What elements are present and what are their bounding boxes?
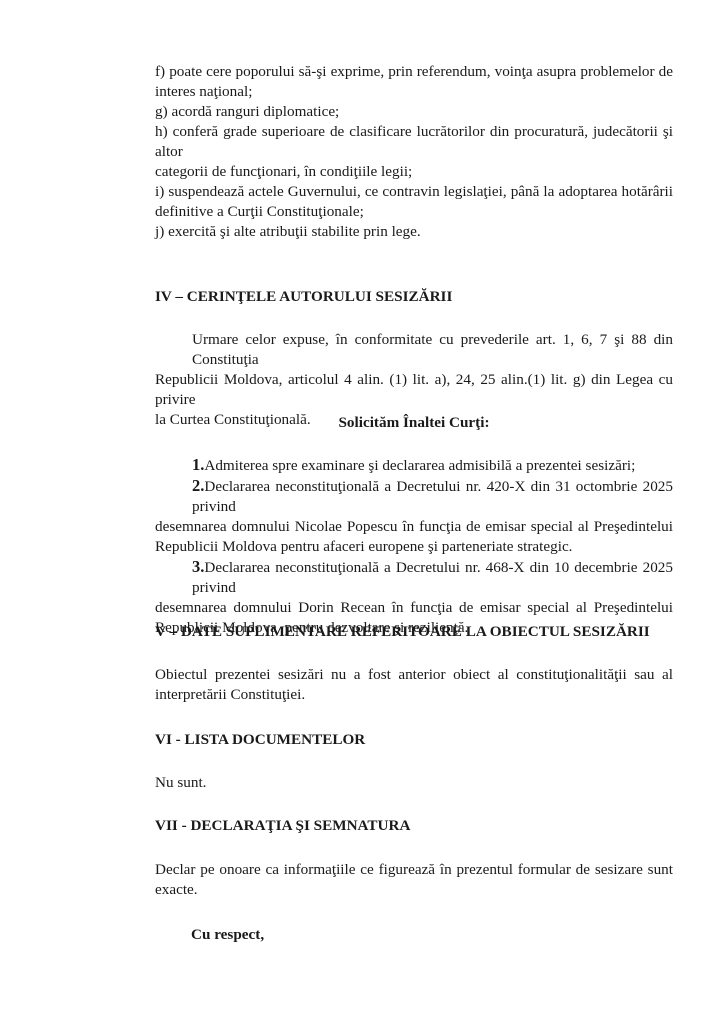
list-item-i-line-2: definitive a Curţii Constituţionale; [155, 202, 673, 222]
request-title: Solicităm Înaltei Curţi: [155, 413, 673, 433]
list-item-h-line-2: categorii de funcţionari, în condiţiile … [155, 162, 673, 182]
request-item-1: 1.Admiterea spre examinare şi declararea… [155, 455, 673, 476]
section-v-paragraph-line-2: interpretării Constituţiei. [155, 685, 673, 705]
section-vii-paragraph: Declar pe onoare ca informaţiile ce figu… [155, 860, 673, 900]
request-text: Declararea neconstituţională a Decretulu… [192, 559, 673, 596]
section-iv-paragraph-line-2: Republicii Moldova, articolul 4 alin. (1… [155, 370, 673, 410]
request-text: Declararea neconstituţională a Decretulu… [192, 478, 673, 515]
request-item-3-line-2: desemnarea domnului Dorin Recean în func… [155, 598, 673, 618]
request-number: 3. [192, 557, 204, 576]
request-number: 1. [192, 455, 204, 474]
section-vi-heading: VI - LISTA DOCUMENTELOR [155, 730, 673, 750]
section-iv-paragraph-line-1: Urmare celor expuse, în conformitate cu … [155, 330, 673, 370]
document-page: f) poate cere poporului să-şi exprime, p… [0, 0, 724, 1024]
list-item-f-line-2: interes naţional; [155, 82, 673, 102]
closing-salutation: Cu respect, [191, 925, 264, 945]
list-item-i-line-1: i) suspendează actele Guvernului, ce con… [155, 182, 673, 202]
section-vii-paragraph-line-1: Declar pe onoare ca informaţiile ce figu… [155, 860, 673, 880]
requests-list: 1.Admiterea spre examinare şi declararea… [155, 455, 673, 638]
list-item-h-line-1: h) conferă grade superioare de clasifica… [155, 122, 673, 162]
list-item-f-line-1: f) poate cere poporului să-şi exprime, p… [155, 62, 673, 82]
request-item-2-line-1: 2.Declararea neconstituţională a Decretu… [155, 476, 673, 517]
section-vii-heading: VII - DECLARAŢIA ŞI SEMNATURA [155, 816, 673, 836]
list-item-j: j) exercită şi alte atribuţii stabilite … [155, 222, 673, 242]
request-item-2-line-2: desemnarea domnului Nicolae Popescu în f… [155, 517, 673, 537]
request-text: Admiterea spre examinare şi declararea a… [204, 457, 635, 474]
section-v-paragraph: Obiectul prezentei sesizări nu a fost an… [155, 665, 673, 705]
attributions-list: f) poate cere poporului să-şi exprime, p… [155, 62, 673, 242]
section-vi-paragraph: Nu sunt. [155, 773, 673, 793]
request-item-2-line-3: Republicii Moldova pentru afaceri europe… [155, 537, 673, 557]
request-number: 2. [192, 476, 204, 495]
section-v-heading: V – DATE SUPLIMENTARE REFERITOARE LA OBI… [155, 622, 673, 642]
list-item-g: g) acordă ranguri diplomatice; [155, 102, 673, 122]
section-vii-paragraph-line-2: exacte. [155, 880, 673, 900]
section-v-paragraph-line-1: Obiectul prezentei sesizări nu a fost an… [155, 665, 673, 685]
request-item-3-line-1: 3.Declararea neconstituţională a Decretu… [155, 557, 673, 598]
section-iv-heading: IV – CERINŢELE AUTORULUI SESIZĂRII [155, 287, 673, 307]
